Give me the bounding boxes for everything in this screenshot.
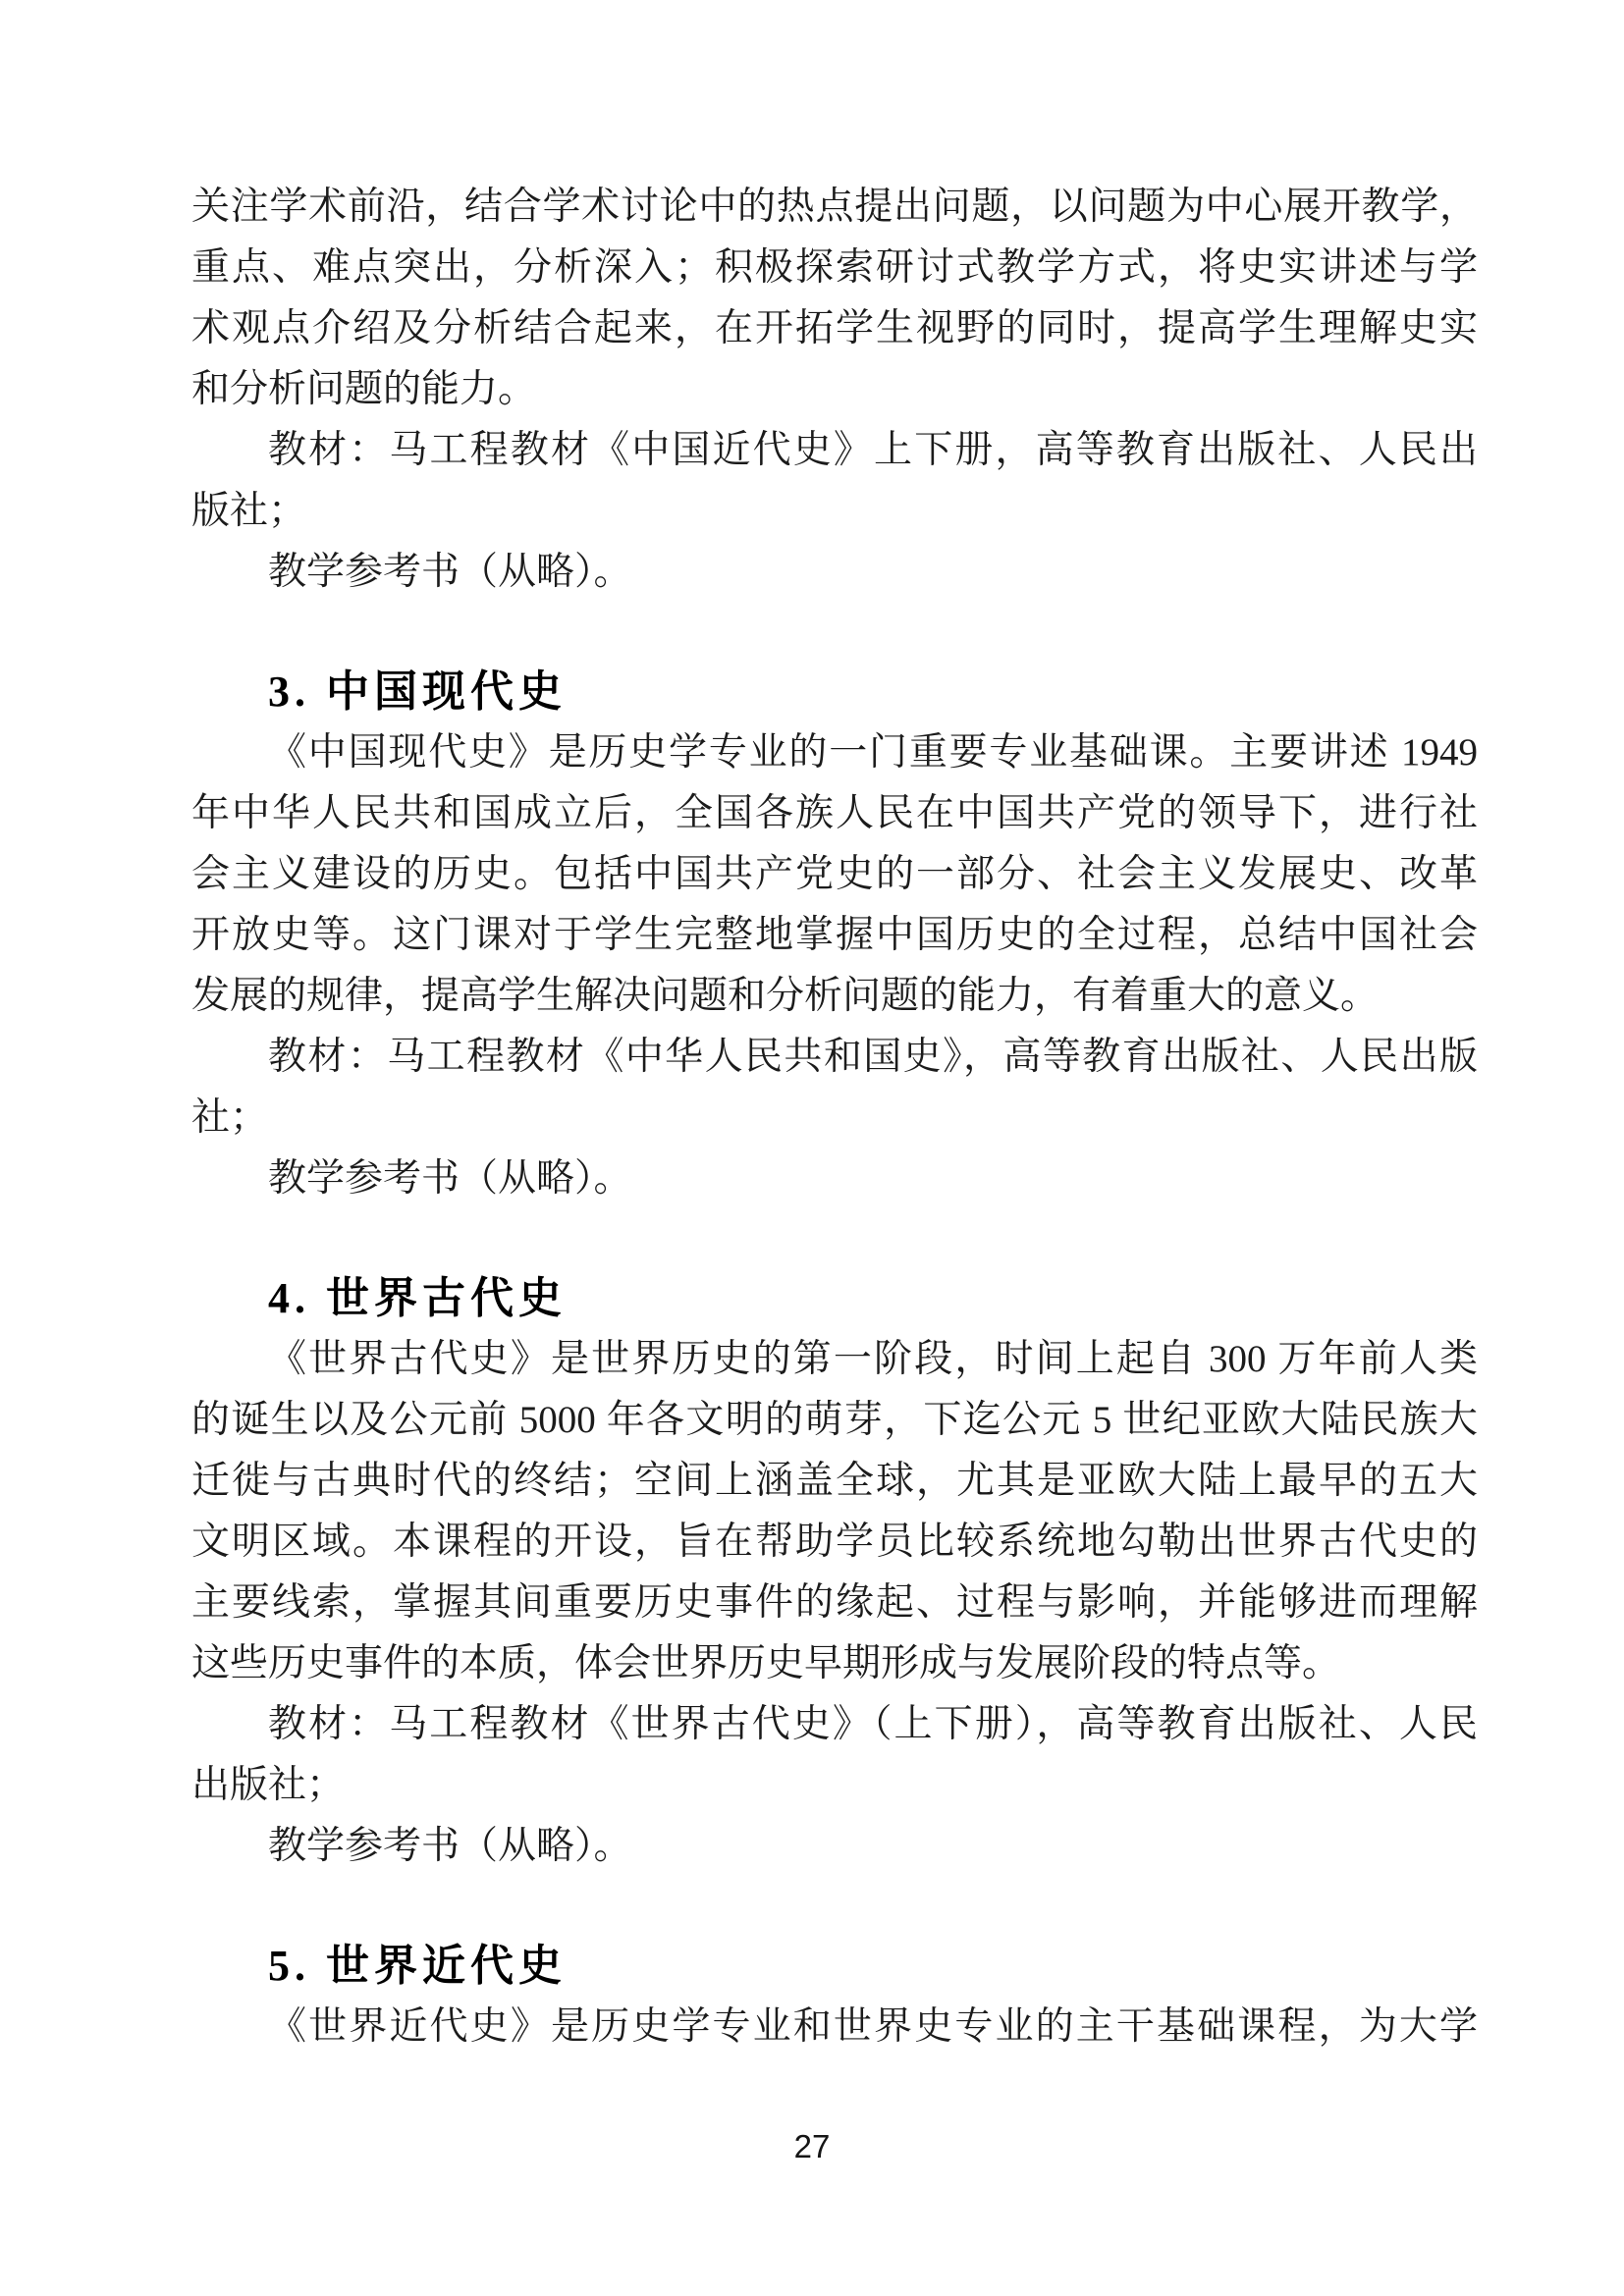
text-line: 《中国现代史》是历史学专业的一门重要专业基础课。主要讲述 1949 xyxy=(191,722,1478,783)
text-line: 开放史等。这门课对于学生完整地掌握中国历史的全过程，总结中国社会 xyxy=(191,905,1478,966)
text-line: 教材：马工程教材《中国近代史》上下册，高等教育出版社、人民出 xyxy=(191,420,1478,481)
text-line: 教学参考书（从略）。 xyxy=(191,1816,1478,1877)
text-line: 《世界近代史》是历史学专业和世界史专业的主干基础课程，为大学 xyxy=(191,1997,1478,2057)
document-page: 关注学术前沿，结合学术讨论中的热点提出问题，以问题为中心展开教学，重点、难点突出… xyxy=(0,0,1624,2296)
page-number: 27 xyxy=(0,2128,1624,2165)
text-line: 社； xyxy=(191,1088,1478,1148)
text-line: 《世界古代史》是世界历史的第一阶段，时间上起自 300 万年前人类 xyxy=(191,1329,1478,1390)
text-line: 术观点介绍及分析结合起来，在开拓学生视野的同时，提高学生理解史实 xyxy=(191,298,1478,359)
text-line: 出版社； xyxy=(191,1755,1478,1816)
section-heading: 5. 世界近代史 xyxy=(191,1936,1478,1997)
text-line: 教材：马工程教材《世界古代史》（上下册），高等教育出版社、人民 xyxy=(191,1694,1478,1755)
text-line: 的诞生以及公元前 5000 年各文明的萌芽，下迄公元 5 世纪亚欧大陆民族大 xyxy=(191,1390,1478,1451)
text-line: 迁徙与古典时代的终结；空间上涵盖全球，尤其是亚欧大陆上最早的五大 xyxy=(191,1451,1478,1512)
text-line: 重点、难点突出，分析深入；积极探索研讨式教学方式，将史实讲述与学 xyxy=(191,238,1478,298)
section-heading: 3. 中国现代史 xyxy=(191,662,1478,722)
text-line: 这些历史事件的本质，体会世界历史早期形成与发展阶段的特点等。 xyxy=(191,1633,1478,1694)
text-line: 教学参考书（从略）。 xyxy=(191,1148,1478,1209)
text-line: 和分析问题的能力。 xyxy=(191,359,1478,420)
text-line: 主要线索，掌握其间重要历史事件的缘起、过程与影响，并能够进而理解 xyxy=(191,1573,1478,1633)
text-line: 教学参考书（从略）。 xyxy=(191,542,1478,603)
text-line: 版社； xyxy=(191,481,1478,542)
text-line: 年中华人民共和国成立后，全国各族人民在中国共产党的领导下，进行社 xyxy=(191,783,1478,844)
text-line: 关注学术前沿，结合学术讨论中的热点提出问题，以问题为中心展开教学， xyxy=(191,177,1478,238)
section-heading: 4. 世界古代史 xyxy=(191,1268,1478,1329)
text-line: 文明区域。本课程的开设，旨在帮助学员比较系统地勾勒出世界古代史的 xyxy=(191,1512,1478,1573)
text-line: 教材：马工程教材《中华人民共和国史》，高等教育出版社、人民出版 xyxy=(191,1027,1478,1088)
document-body: 关注学术前沿，结合学术讨论中的热点提出问题，以问题为中心展开教学，重点、难点突出… xyxy=(191,177,1478,2057)
text-line: 发展的规律，提高学生解决问题和分析问题的能力，有着重大的意义。 xyxy=(191,966,1478,1027)
text-line: 会主义建设的历史。包括中国共产党史的一部分、社会主义发展史、改革 xyxy=(191,844,1478,905)
